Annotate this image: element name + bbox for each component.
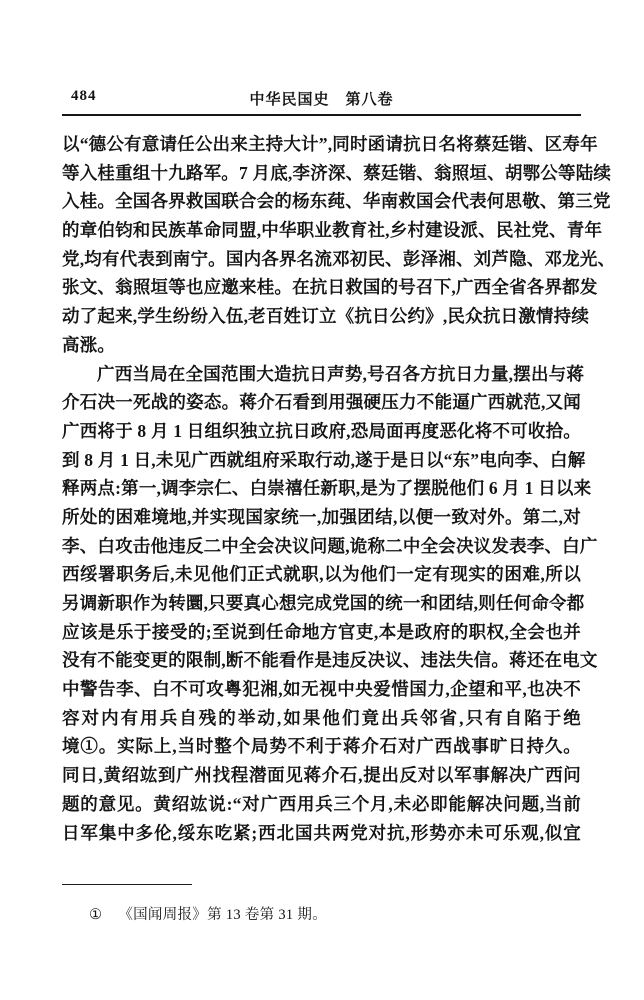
text-line: 另调新职作为转圜,只要真心想完成党国的统一和团结,则任何命令都 — [62, 589, 581, 618]
text-line: 入桂。全国各界救国联合会的杨东莼、华南救国会代表何思敬、第三党 — [62, 187, 581, 216]
running-head: 484 中华民国史 第八卷 — [62, 88, 581, 110]
footnote: ①《国闻周报》第 13 卷第 31 期。 — [62, 903, 581, 924]
text-line: 党,均有代表到南宁。国内各界名流邓初民、彭泽湘、刘芦隐、邓龙光、 — [62, 245, 581, 274]
text-line: 题的意见。黄绍竑说:“对广西用兵三个月,未必即能解决问题,当前 — [62, 790, 581, 819]
text-line: 境①。实际上,当时整个局势不利于蒋介石对广西战事旷日持久。 — [62, 732, 581, 761]
text-line: 释两点:第一,调李宗仁、白崇禧任新职,是为了摆脱他们 6 月 1 日以来 — [62, 474, 581, 503]
text-line: 以“德公有意请任公出来主持大计”,同时函请抗日名将蔡廷锴、区寿年 — [62, 130, 581, 159]
text-line: 张文、翁照垣等也应邀来桂。在抗日救国的号召下,广西全省各界都发 — [62, 273, 581, 302]
text-line: 介石决一死战的姿态。蒋介石看到用强硬压力不能逼广西就范,又闻 — [62, 388, 581, 417]
running-head-title: 中华民国史 第八卷 — [62, 88, 581, 109]
footnote-marker: ① — [89, 907, 102, 924]
text-line: 中警告李、白不可攻粤犯湘,如无视中央爱惜国力,企望和平,也决不 — [62, 675, 581, 704]
text-line: 没有不能变更的限制,断不能看作是违反决议、违法失信。蒋还在电文 — [62, 646, 581, 675]
text-line: 日军集中多伦,绥东吃紧;西北国共两党对抗,形势亦未可乐观,似宜 — [62, 819, 581, 848]
text-line: 李、白攻击他违反二中全会决议问题,诡称二中全会决议发表李、白广 — [62, 532, 581, 561]
header-rule — [62, 114, 581, 116]
text-line: 容对内有用兵自残的举动,如果他们竟出兵邻省,只有自陷于绝 — [62, 704, 581, 733]
text-line: 的章伯钧和民族革命同盟,中华职业教育社,乡村建设派、民社党、青年 — [62, 216, 581, 245]
text-line: 高涨。 — [62, 331, 581, 360]
text-line: 广西当局在全国范围大造抗日声势,号召各方抗日力量,摆出与蒋 — [62, 360, 581, 389]
text-line: 动了起来,学生纷纷入伍,老百姓订立《抗日公约》,民众抗日激情持续 — [62, 302, 581, 331]
footnote-rule — [62, 884, 192, 885]
text-line: 广西将于 8 月 1 日组织独立抗日政府,恐局面再度恶化将不可收拾。 — [62, 417, 581, 446]
text-line: 所处的困难境地,并实现国家统一,加强团结,以便一致对外。第二,对 — [62, 503, 581, 532]
text-line: 等入桂重组十九路军。7 月底,李济深、蔡廷锴、翁照垣、胡鄂公等陆续 — [62, 159, 581, 188]
text-line: 西绥署职务后,未见他们正式就职,以为他们一定有现实的困难,所以 — [62, 560, 581, 589]
body-text: 以“德公有意请任公出来主持大计”,同时函请抗日名将蔡廷锴、区寿年等入桂重组十九路… — [62, 130, 581, 847]
footnote-text: 《国闻周报》第 13 卷第 31 期。 — [118, 907, 327, 923]
book-page: 484 中华民国史 第八卷 以“德公有意请任公出来主持大计”,同时函请抗日名将蔡… — [0, 0, 644, 1000]
text-line: 同日,黄绍竑到广州找程潜面见蒋介石,提出反对以军事解决广西问 — [62, 761, 581, 790]
text-line: 应该是乐于接受的;至说到任命地方官吏,本是政府的职权,全会也并 — [62, 618, 581, 647]
text-line: 到 8 月 1 日,未见广西就组府采取行动,遂于是日以“东”电向李、白解 — [62, 446, 581, 475]
